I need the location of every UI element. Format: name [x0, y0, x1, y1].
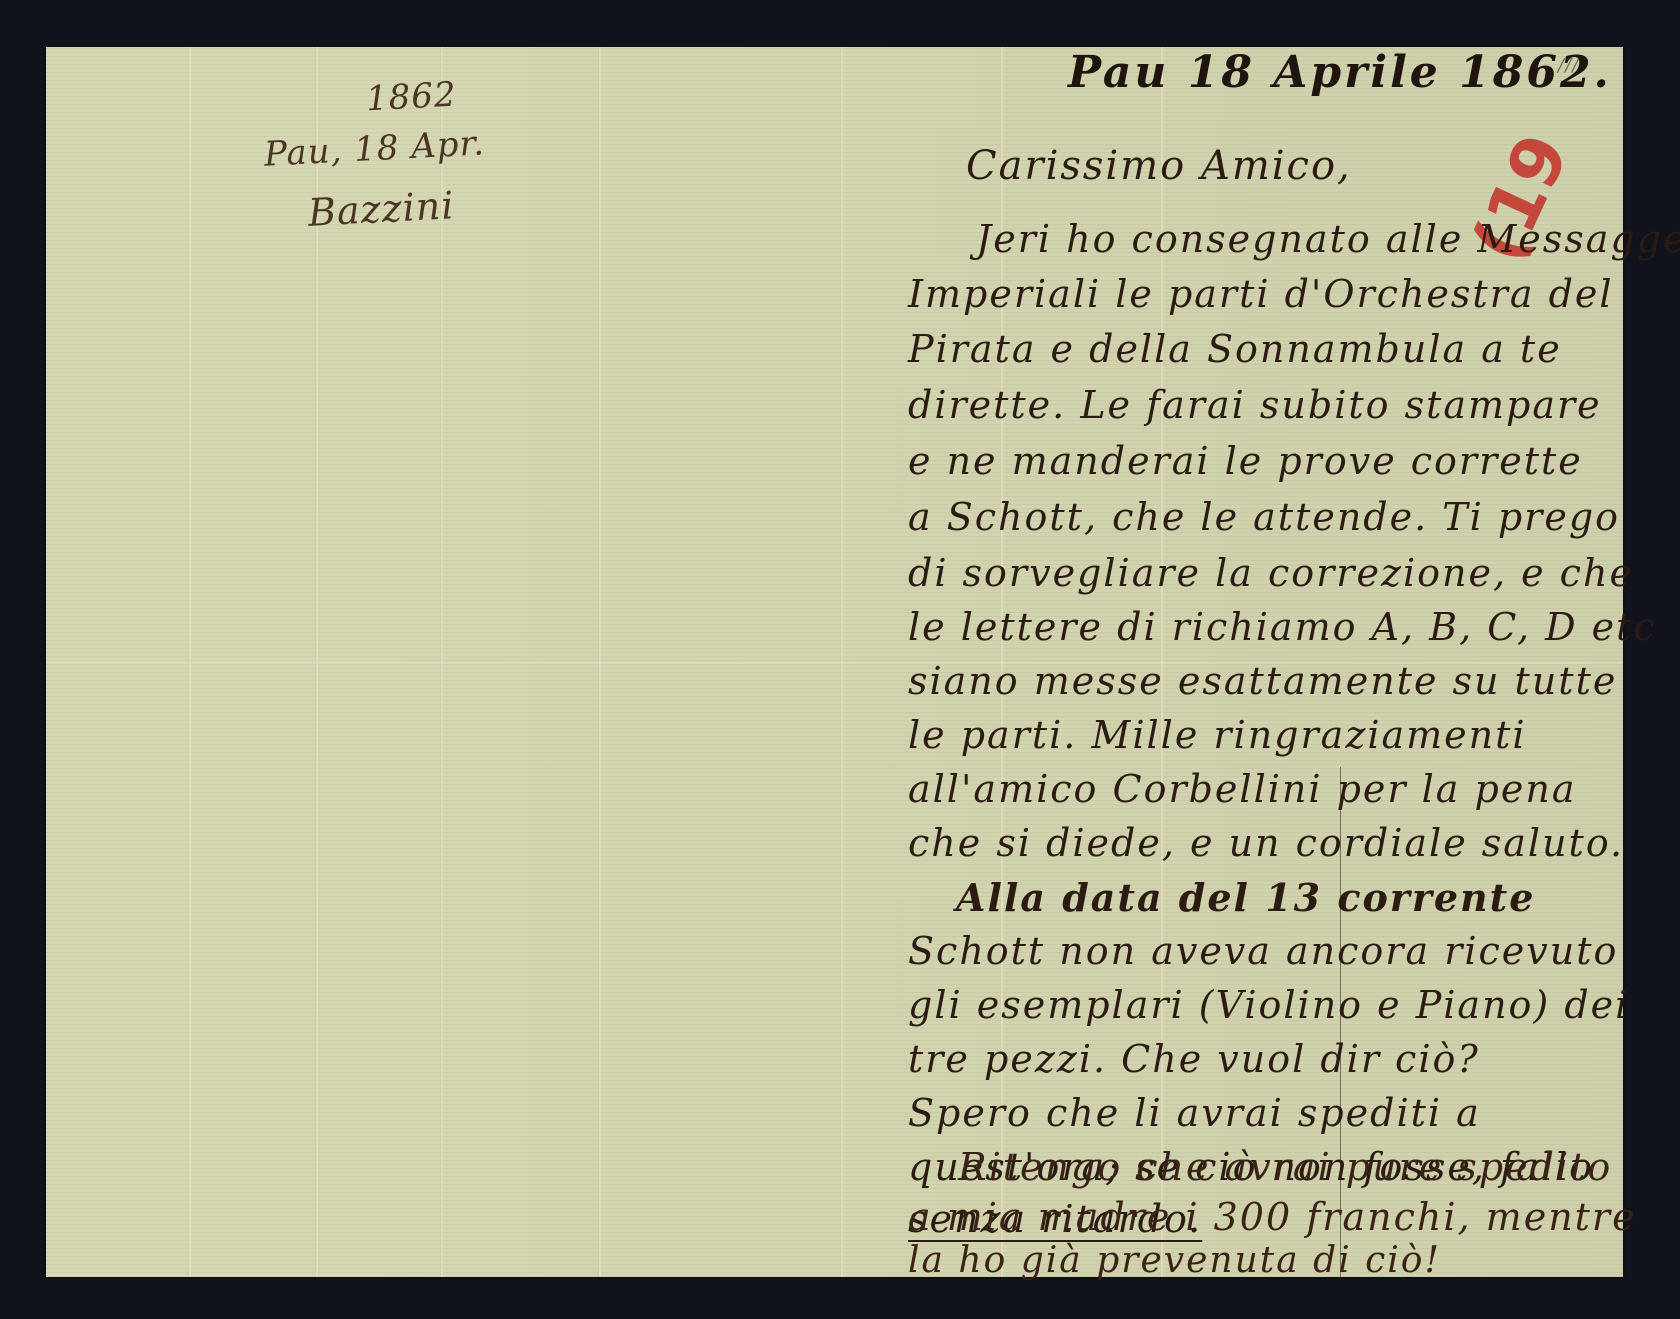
- letter-line: le lettere di richiamo A, B, C, D etc: [908, 605, 1657, 649]
- letter-line: tre pezzi. Che vuol dir ciò?: [908, 1037, 1480, 1081]
- docket-year: 1862: [365, 75, 458, 120]
- letter-line: Schott non aveva ancora ricevuto: [908, 929, 1618, 973]
- letter-line: Ritengo che avrai pure spedito: [958, 1145, 1612, 1189]
- letter-line: a Schott, che le attende. Ti prego: [908, 495, 1620, 539]
- letter-paper: 1862 Pau, 18 Apr. Bazzini //// Pau 18 Ap…: [46, 47, 1623, 1277]
- docket-place-date: Pau, 18 Apr.: [263, 123, 486, 175]
- letter-line: la ho già prevenuta di ciò!: [908, 1240, 1441, 1281]
- letter-line: gli esemplari (Violino e Piano) dei: [908, 983, 1629, 1027]
- letter-line: siano messe esattamente su tutte: [908, 659, 1617, 703]
- letter-line: di sorvegliare la correzione, e che: [908, 551, 1634, 595]
- letter-line: a mia madre i 300 franchi, mentre: [908, 1195, 1637, 1239]
- letter-line: all'amico Corbellini per la pena: [908, 767, 1576, 811]
- docket-name: Bazzini: [307, 183, 456, 235]
- letter-salutation: Carissimo Amico,: [966, 143, 1352, 189]
- letter-line: Jeri ho consegnato alle Messaggerie: [976, 217, 1680, 261]
- letter-line: Alla data del 13 corrente: [956, 875, 1535, 920]
- letter-line: Imperiali le parti d'Orchestra del: [908, 272, 1614, 316]
- letter-line: Pirata e della Sonnambula a te: [908, 327, 1562, 371]
- letter-line: le parti. Mille ringraziamenti: [908, 713, 1527, 757]
- letter-line: dirette. Le farai subito stampare: [908, 383, 1602, 427]
- letter-line: e ne manderai le prove corrette: [908, 439, 1583, 483]
- letter-line: che si diede, e un cordiale saluto.: [908, 821, 1624, 865]
- letter-dateline: Pau 18 Aprile 1862.: [1068, 47, 1612, 98]
- letter-line: Spero che li avrai spediti a: [908, 1091, 1481, 1135]
